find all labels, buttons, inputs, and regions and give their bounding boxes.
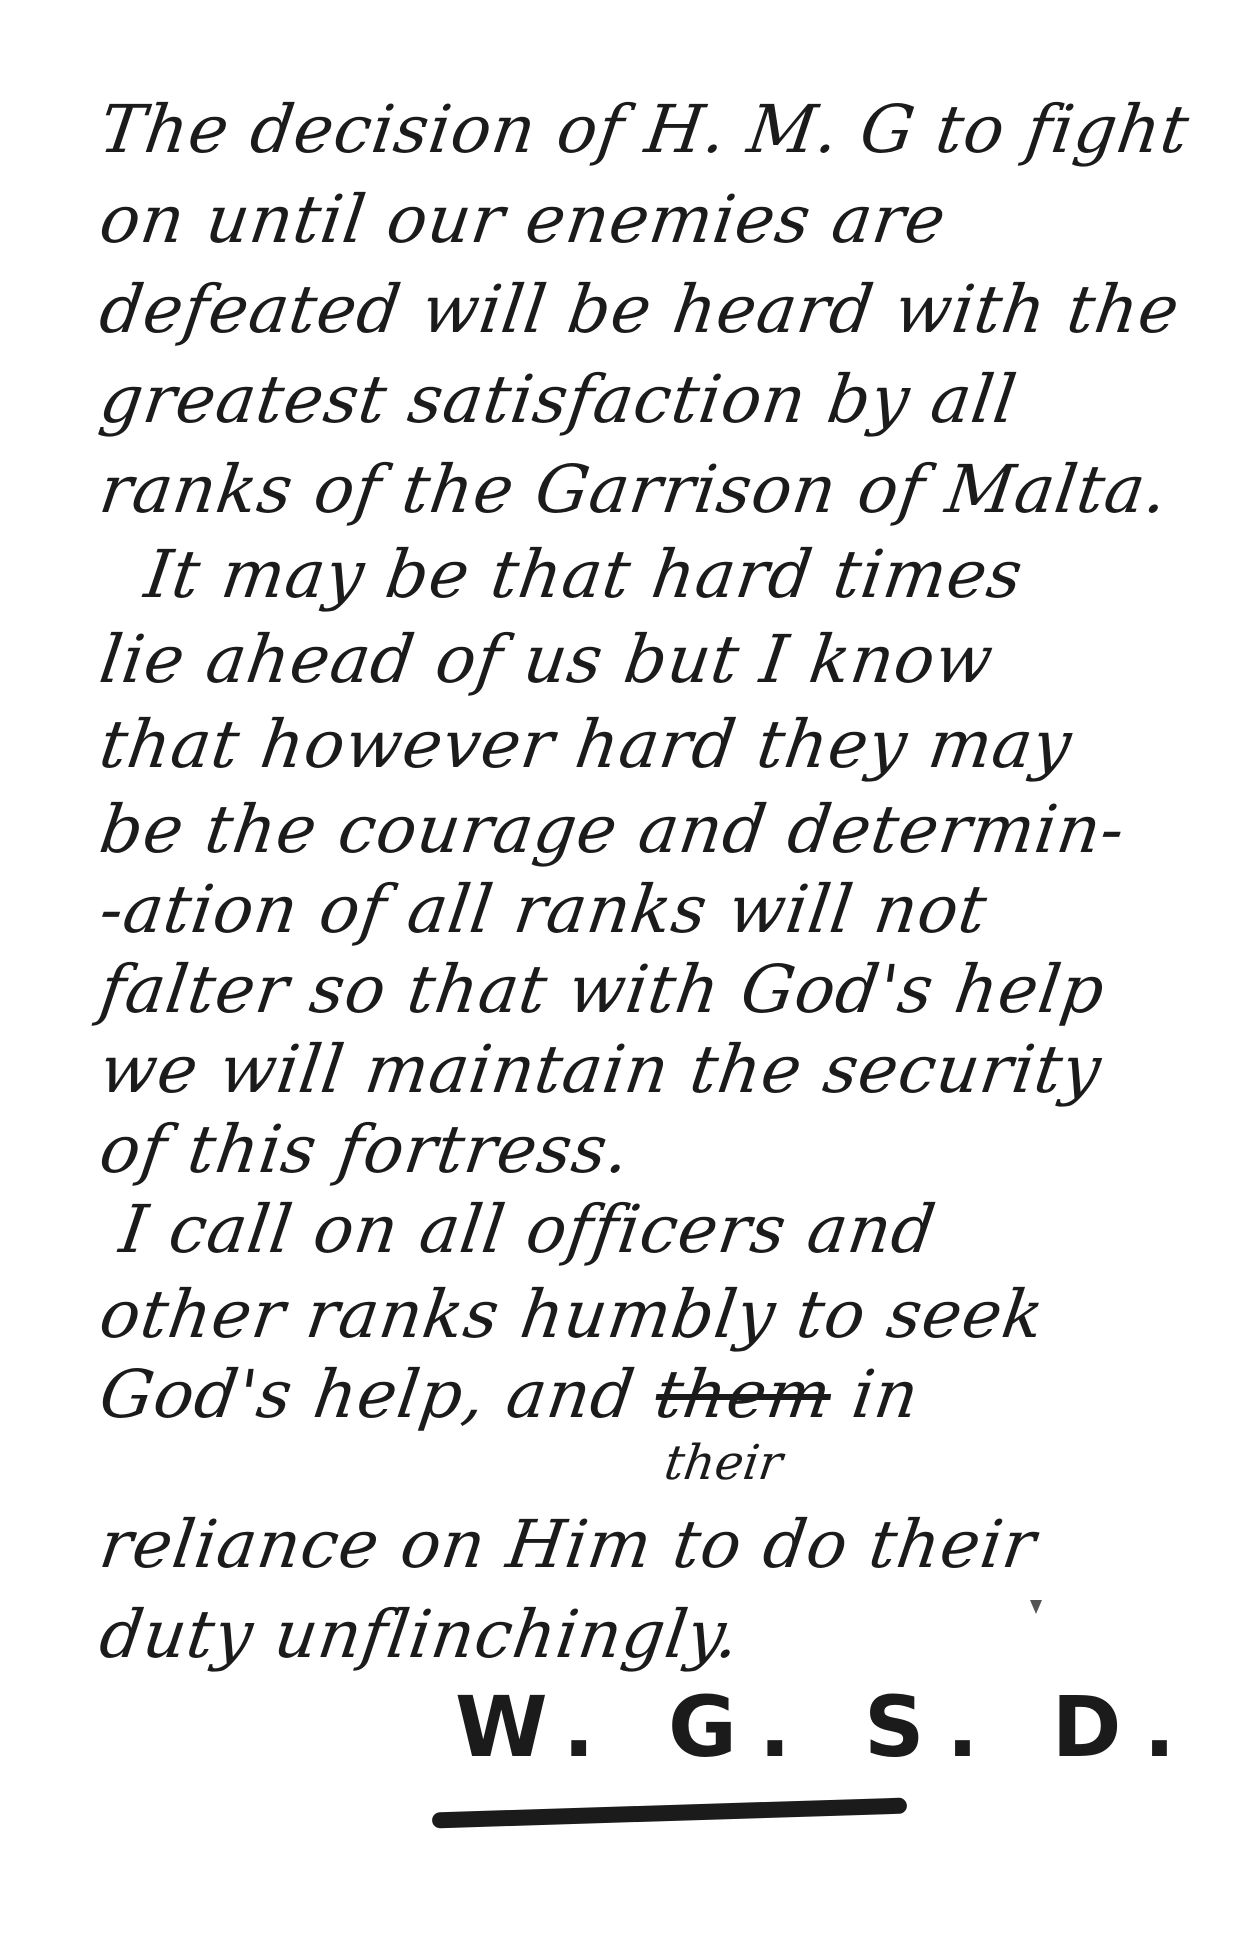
text-line-16-start: God's help, and: [95, 1356, 640, 1433]
text-line-5: ranks of the Garrison of Malta.: [95, 450, 1173, 530]
inserted-word: their: [661, 1435, 786, 1491]
text-line-8: that however hard they may: [95, 705, 1077, 785]
text-line-14: I call on all officers and: [115, 1190, 941, 1270]
text-line-2: on until our enemies are: [95, 180, 951, 260]
text-line-16-end: in: [848, 1356, 924, 1433]
text-line-11: falter so that with God's help: [95, 950, 1110, 1030]
text-line-3: defeated will be heard with the: [95, 270, 1185, 350]
text-line-12: we will maintain the security: [95, 1030, 1107, 1110]
text-line-4: greatest satisfaction by all: [95, 360, 1022, 440]
text-line-10: -ation of all ranks will not: [95, 870, 992, 950]
signature-underline: [432, 1798, 907, 1829]
text-line-1: The decision of H. M. G to fight: [95, 90, 1194, 170]
text-line-17: reliance on Him to do their: [95, 1505, 1041, 1585]
text-line-16: God's help, and them in: [95, 1355, 924, 1435]
text-line-18: duty unflinchingly.: [95, 1595, 745, 1675]
handwritten-page: The decision of H. M. G to fight on unti…: [0, 0, 1254, 1934]
text-line-7: lie ahead of us but I know: [95, 620, 999, 700]
text-line-6: It may be that hard times: [140, 535, 1028, 615]
small-mark: [1030, 1600, 1042, 1614]
text-line-9: be the courage and determin-: [95, 790, 1130, 870]
text-line-15: other ranks humbly to seek: [95, 1275, 1049, 1355]
signature-initials: W. G. S. D.: [455, 1678, 1197, 1776]
struck-out-word: them: [651, 1356, 836, 1433]
text-line-13: of this fortress.: [95, 1110, 635, 1190]
